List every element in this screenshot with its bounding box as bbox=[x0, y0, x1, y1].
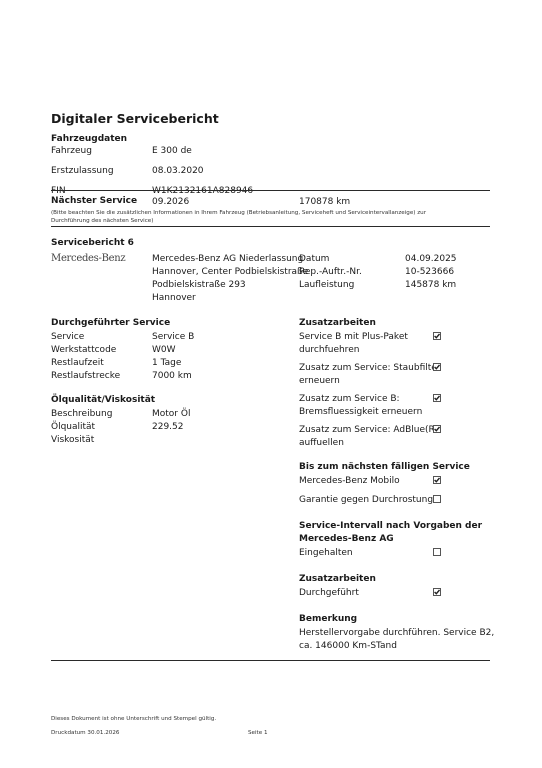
repair-order-label: Rep.-Auftr.-Nr. bbox=[299, 266, 362, 278]
remaining-time-label: Restlaufzeit bbox=[51, 357, 104, 369]
mobilo-label: Mercedes-Benz Mobilo bbox=[299, 475, 400, 487]
oil-quality-value: 229.52 bbox=[152, 421, 184, 433]
workshop-code-value: W0W bbox=[152, 344, 176, 356]
dealer-address-line: Podbielskistraße 293 bbox=[152, 279, 246, 291]
print-date: Druckdatum 30.01.2026 bbox=[51, 730, 119, 736]
dealer-address-line: Mercedes-Benz AG Niederlassung bbox=[152, 253, 303, 265]
date-label: Datum bbox=[299, 253, 329, 265]
mercedes-benz-logo: Mercedes-Benz bbox=[51, 253, 125, 264]
oil-description-label: Beschreibung bbox=[51, 408, 112, 420]
divider bbox=[51, 660, 490, 661]
mileage-label: Laufleistung bbox=[299, 279, 354, 291]
additional-work-item-label: Zusatz zum Service: AdBlue(R) bbox=[299, 424, 438, 436]
validity-disclaimer: Dieses Dokument ist ohne Unterschrift un… bbox=[51, 716, 216, 722]
additional-work-item-label-cont: erneuern bbox=[299, 375, 340, 387]
remark-text: Herstellervorgabe durchführen. Service B… bbox=[299, 627, 494, 639]
until-next-service-heading: Bis zum nächsten fälligen Service bbox=[299, 462, 470, 472]
performed-service-heading: Durchgeführter Service bbox=[51, 318, 170, 328]
additional-work-item-label: Zusatz zum Service: Staubfilter bbox=[299, 362, 441, 374]
vehicle-value: E 300 de bbox=[152, 145, 192, 157]
interval-heading: Service-Intervall nach Vorgaben der bbox=[299, 521, 482, 531]
unchecked-checkbox[interactable] bbox=[433, 495, 441, 503]
remark-text-cont: ca. 146000 Km-STand bbox=[299, 640, 397, 652]
remark-heading: Bemerkung bbox=[299, 614, 357, 624]
remaining-distance-label: Restlaufstrecke bbox=[51, 370, 120, 382]
oil-description-value: Motor Öl bbox=[152, 408, 190, 420]
interval-heading-cont: Mercedes-Benz AG bbox=[299, 534, 394, 544]
viscosity-label: Viskosität bbox=[51, 434, 94, 446]
checked-checkbox[interactable] bbox=[433, 332, 441, 340]
additional-work-heading: Zusatzarbeiten bbox=[299, 318, 376, 328]
additional-work-item-label-cont: durchfuehren bbox=[299, 344, 359, 356]
checkmark-icon bbox=[434, 364, 440, 370]
page-number: Seite 1 bbox=[248, 730, 268, 736]
workshop-code-label: Werkstattcode bbox=[51, 344, 116, 356]
interval-kept-label: Eingehalten bbox=[299, 547, 353, 559]
next-service-note: (Bitte beachten Sie die zusätzlichen Inf… bbox=[51, 209, 426, 217]
checked-checkbox[interactable] bbox=[433, 476, 441, 484]
vehicle-heading: Fahrzeugdaten bbox=[51, 134, 127, 144]
checkmark-icon bbox=[434, 589, 440, 595]
performed-label: Durchgeführt bbox=[299, 587, 359, 599]
rust-warranty-label: Garantie gegen Durchrostung bbox=[299, 494, 433, 506]
additional-work-item-label: Zusatz zum Service B: bbox=[299, 393, 400, 405]
next-service-note-cont: Durchführung des nächsten Service) bbox=[51, 217, 153, 225]
next-service-mileage: 170878 km bbox=[299, 196, 350, 208]
mileage-value: 145878 km bbox=[405, 279, 456, 291]
service-value: Service B bbox=[152, 331, 194, 343]
remaining-time-value: 1 Tage bbox=[152, 357, 181, 369]
additional-work-item-label-cont: Bremsfluessigkeit erneuern bbox=[299, 406, 422, 418]
page-title: Digitaler Servicebericht bbox=[51, 111, 219, 126]
checked-checkbox[interactable] bbox=[433, 394, 441, 402]
oil-quality-label: Ölqualität bbox=[51, 421, 95, 433]
report-heading: Servicebericht 6 bbox=[51, 238, 134, 248]
additional-work2-heading: Zusatzarbeiten bbox=[299, 574, 376, 584]
checkmark-icon bbox=[434, 395, 440, 401]
checkmark-icon bbox=[434, 333, 440, 339]
first-registration-label: Erstzulassung bbox=[51, 165, 114, 177]
date-value: 04.09.2025 bbox=[405, 253, 457, 265]
dealer-address-line: Hannover, Center Podbielskistraße bbox=[152, 266, 308, 278]
next-service-date: 09.2026 bbox=[152, 196, 189, 208]
remaining-distance-value: 7000 km bbox=[152, 370, 192, 382]
divider bbox=[51, 190, 490, 191]
checked-checkbox[interactable] bbox=[433, 588, 441, 596]
checked-checkbox[interactable] bbox=[433, 425, 441, 433]
next-service-label: Nächster Service bbox=[51, 196, 137, 206]
vehicle-label: Fahrzeug bbox=[51, 145, 92, 157]
first-registration-value: 08.03.2020 bbox=[152, 165, 204, 177]
additional-work-item-label-cont: auffuellen bbox=[299, 437, 344, 449]
oil-heading: Ölqualität/Viskosität bbox=[51, 395, 155, 405]
checkmark-icon bbox=[434, 477, 440, 483]
checkmark-icon bbox=[434, 426, 440, 432]
divider bbox=[51, 226, 490, 227]
additional-work-item-label: Service B mit Plus-Paket bbox=[299, 331, 408, 343]
unchecked-checkbox[interactable] bbox=[433, 548, 441, 556]
service-label: Service bbox=[51, 331, 84, 343]
dealer-address-line: Hannover bbox=[152, 292, 196, 304]
checked-checkbox[interactable] bbox=[433, 363, 441, 371]
repair-order-value: 10-523666 bbox=[405, 266, 454, 278]
